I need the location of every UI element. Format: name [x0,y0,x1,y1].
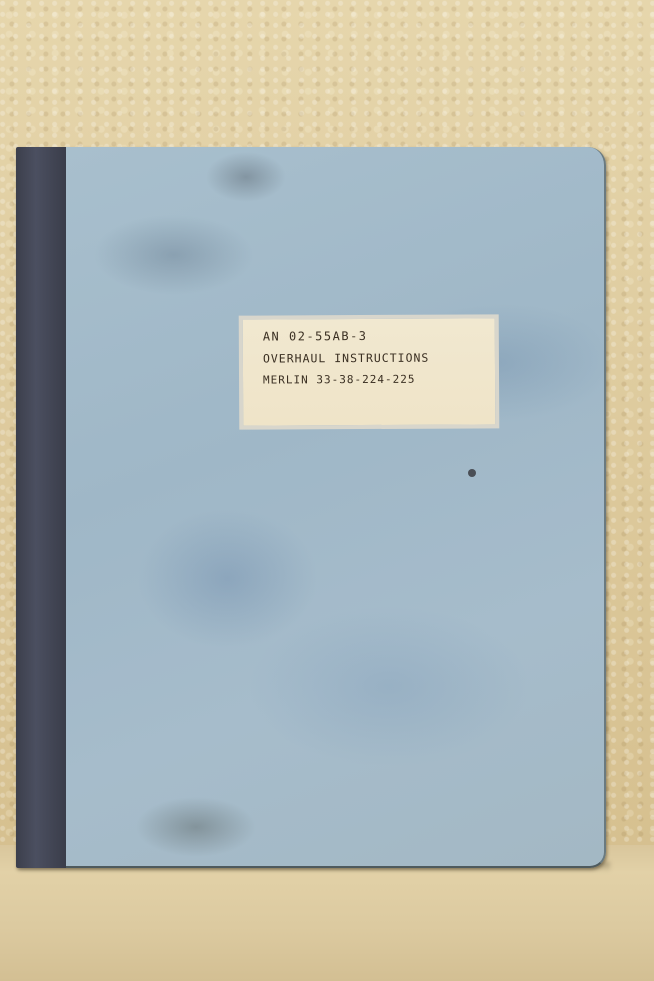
label-engine-models: MERLIN 33-38-224-225 [263,372,495,395]
binder-cover: AN 02-55AB-3 OVERHAUL INSTRUCTIONS MERLI… [66,147,606,868]
label-document-number: AN 02-55AB-3 [263,328,495,351]
cover-stain [468,469,476,477]
binder-spine [16,147,66,868]
label-title: OVERHAUL INSTRUCTIONS [263,350,495,373]
binder: AN 02-55AB-3 OVERHAUL INSTRUCTIONS MERLI… [16,147,606,868]
handwritten-label: AN 02-55AB-3 OVERHAUL INSTRUCTIONS MERLI… [239,314,500,429]
